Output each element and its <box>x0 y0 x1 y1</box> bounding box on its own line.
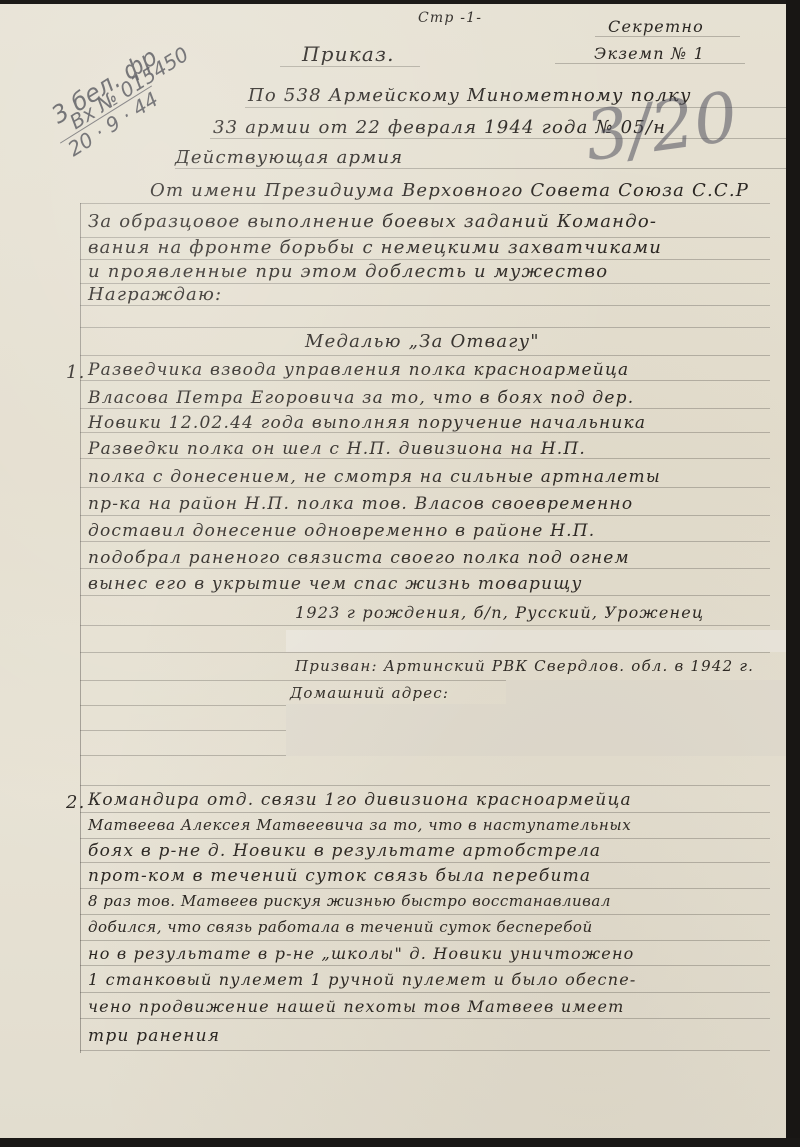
ruled-line <box>80 203 770 204</box>
ruled-line <box>80 965 770 966</box>
entry-2-line: чено продвижение нашей пехоты тов Матвее… <box>88 997 625 1016</box>
ruled-line <box>80 327 770 328</box>
entry-1-line: Новики 12.02.44 года выполняя поручение … <box>88 413 646 433</box>
document-title: Приказ. <box>302 42 395 66</box>
ruled-line <box>555 63 745 64</box>
ruled-line <box>80 992 770 993</box>
entry-1-line: вынес его в укрытие чем спас жизнь товар… <box>88 574 583 594</box>
ruled-line <box>80 408 770 409</box>
ruled-line <box>80 1018 770 1019</box>
entry-2-line: добился, что связь работала в течений су… <box>88 918 593 936</box>
ruled-line <box>80 652 770 653</box>
entry-2-line: Командира отд. связи 1го дивизиона красн… <box>88 790 632 810</box>
margin-line <box>80 203 81 1053</box>
entry-1-line: пр-ка на район Н.П. полка тов. Власов св… <box>88 494 633 514</box>
preamble-line-5: Награждаю: <box>88 284 222 305</box>
entry-2-number: 2. <box>66 792 86 813</box>
ruled-line <box>80 812 770 813</box>
entry-1-line: полка с донесением, не смотря на сильные… <box>88 467 661 487</box>
ruled-line <box>80 1050 770 1051</box>
ruled-line <box>80 380 770 381</box>
entry-1-birth: 1923 г рождения, б/п, Русский, Уроженец <box>295 603 704 622</box>
preamble-line-2: За образцовое выполнение боевых заданий … <box>88 211 657 232</box>
entry-1-line: доставил донесение одновременно в районе… <box>88 521 595 541</box>
page-number: Стр -1- <box>418 10 482 26</box>
ruled-line <box>595 36 740 37</box>
ruled-line <box>80 568 770 569</box>
ruled-line <box>80 305 770 306</box>
entry-2-line: Матвеева Алексея Матвеевича за то, что в… <box>88 816 631 834</box>
ruled-line <box>80 355 770 356</box>
document-page: Стр -1- Секретно Экземп № 1 Приказ. По 5… <box>0 0 786 1138</box>
ruled-line <box>80 914 770 915</box>
entry-2-line: но в результате в р-не „школы" д. Новики… <box>88 944 635 963</box>
entry-1-line: Власова Петра Егоровича за то, что в боя… <box>88 388 634 408</box>
preamble-line-4: и проявленные при этом доблесть и мужест… <box>88 261 608 282</box>
ruled-line <box>80 625 770 626</box>
entry-1-number: 1. <box>66 362 86 383</box>
scan-border-bottom <box>0 1138 800 1147</box>
ruled-line <box>80 888 770 889</box>
copy-number: Экземп № 1 <box>594 44 705 63</box>
redacted-address-block <box>286 704 786 756</box>
scan-border-right <box>786 0 800 1147</box>
redacted-birthplace <box>286 630 786 652</box>
entry-2-line: прот-ком в течений суток связь была пере… <box>88 866 591 886</box>
ruled-line <box>280 66 420 67</box>
entry-1-home-address-label: Домашний адрес: <box>290 684 449 702</box>
ruled-line <box>80 515 770 516</box>
ruled-line <box>80 595 770 596</box>
entry-2-line: 1 станковый пулемет 1 ручной пулемет и б… <box>88 970 636 989</box>
classification-label: Секретно <box>608 17 704 36</box>
preamble-line-3: вания на фронте борьбы с немецкими захва… <box>88 237 662 258</box>
scan-border-top <box>0 0 800 4</box>
ruled-line <box>80 940 770 941</box>
ruled-line <box>80 259 770 260</box>
ruled-line <box>80 541 770 542</box>
ruled-line <box>175 168 786 169</box>
entry-2-line: боях в р-не д. Новики в результате артоб… <box>88 841 601 861</box>
header-line-3: Действующая армия <box>175 147 403 168</box>
entry-2-line: три ранения <box>88 1026 220 1046</box>
entry-1-line: подобрал раненого связиста своего полка … <box>88 548 630 568</box>
entry-2-line: 8 раз тов. Матвеев рискуя жизнью быстро … <box>88 892 611 910</box>
ruled-line <box>80 862 770 863</box>
entry-1-line: Разведки полка он шел с Н.П. дивизиона н… <box>88 439 586 459</box>
entry-1-drafted: Призван: Артинский РВК Свердлов. обл. в … <box>295 657 754 675</box>
redacted-address-line <box>506 680 786 704</box>
ruled-line <box>80 838 770 839</box>
entry-1-line: Разведчика взвода управления полка красн… <box>88 360 629 380</box>
preamble-line-1: От имени Президиума Верховного Совета Со… <box>150 180 749 201</box>
award-title: Медалью „За Отвагу" <box>305 331 540 352</box>
ruled-line <box>80 487 770 488</box>
ruled-line <box>80 785 770 786</box>
